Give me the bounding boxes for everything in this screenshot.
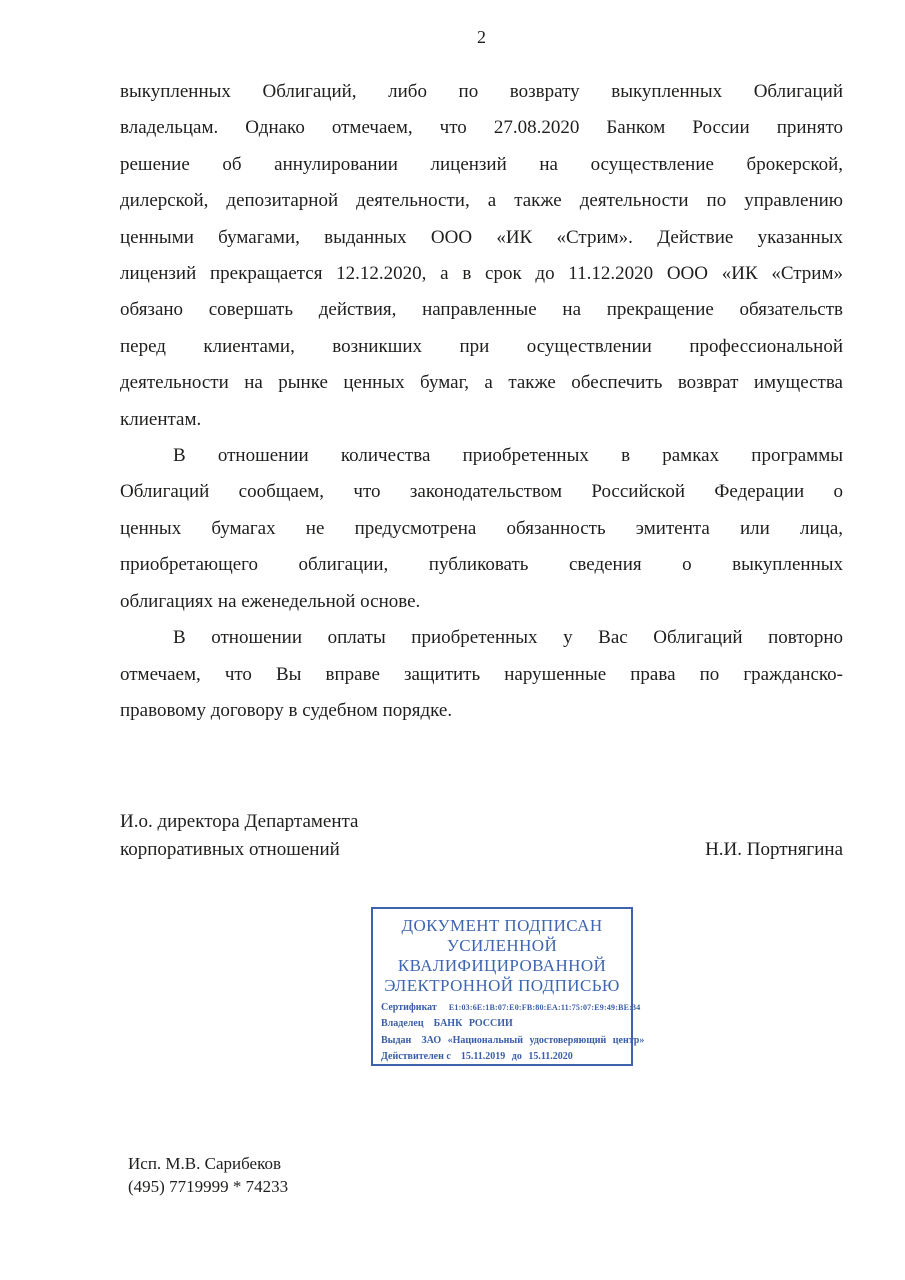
stamp-field-row: ВыданЗАО «Национальный удостоверяющий це… — [381, 1033, 631, 1049]
letter-body: выкупленных Облигаций, либо по возврату … — [120, 74, 843, 729]
text-line: ценными бумагами, выданных ООО «ИК «Стри… — [120, 220, 843, 256]
text-line: ценных бумагах не предусмотрена обязанно… — [120, 511, 843, 547]
stamp-field-value: 15.11.2019 до 15.11.2020 — [461, 1051, 573, 1062]
text-line: обязано совершать действия, направленные… — [120, 292, 843, 328]
stamp-field-row: ВладелецБАНК РОССИИ — [381, 1016, 631, 1032]
stamp-title-line: КВАЛИФИЦИРОВАННОЙ — [373, 956, 631, 976]
text-line: лицензий прекращается 12.12.2020, а в ср… — [120, 256, 843, 292]
text-line: деятельности на рынке ценных бумаг, а та… — [120, 365, 843, 401]
page-number: 2 — [120, 28, 843, 46]
stamp-field-label: Владелец — [381, 1018, 424, 1029]
text-line: приобретающего облигации, публиковать св… — [120, 547, 843, 583]
stamp-field-row: СертификатE1:03:6E:1B:07:E0:FB:80:EA:11:… — [381, 1000, 631, 1016]
digital-signature-stamp: ДОКУМЕНТ ПОДПИСАНУСИЛЕННОЙКВАЛИФИЦИРОВАН… — [371, 907, 633, 1066]
signer-name: Н.И. Портнягина — [705, 836, 843, 864]
signature-block: И.о. директора Департамента корпоративны… — [120, 808, 843, 864]
signature-row: корпоративных отношений Н.И. Портнягина — [120, 836, 843, 864]
stamp-field-value: БАНК РОССИИ — [434, 1018, 513, 1029]
document-page: 2 выкупленных Облигаций, либо по возврат… — [0, 0, 905, 1280]
stamp-field-value: E1:03:6E:1B:07:E0:FB:80:EA:11:75:07:E9:4… — [449, 1003, 641, 1012]
stamp-fields: СертификатE1:03:6E:1B:07:E0:FB:80:EA:11:… — [373, 1000, 631, 1066]
stamp-field-label: Выдан — [381, 1035, 411, 1046]
stamp-title-line: ДОКУМЕНТ ПОДПИСАН — [373, 916, 631, 936]
text-line: выкупленных Облигаций, либо по возврату … — [120, 74, 843, 110]
executor-block: Исп. М.В. Сарибеков (495) 7719999 * 7423… — [128, 1152, 288, 1198]
stamp-field-value: ЗАО «Национальный удостоверяющий центр» — [421, 1035, 644, 1046]
stamp-title: ДОКУМЕНТ ПОДПИСАНУСИЛЕННОЙКВАЛИФИЦИРОВАН… — [373, 909, 631, 996]
stamp-field-row: Действителен с15.11.2019 до 15.11.2020 — [381, 1049, 631, 1065]
stamp-field-label: Действителен с — [381, 1051, 451, 1062]
text-line: облигациях на еженедельной основе. — [120, 584, 843, 620]
stamp-title-line: ЭЛЕКТРОННОЙ ПОДПИСЬЮ — [373, 976, 631, 996]
text-line: клиентам. — [120, 402, 843, 438]
text-line: отмечаем, что Вы вправе защитить нарушен… — [120, 657, 843, 693]
stamp-field-label: Сертификат — [381, 1002, 437, 1013]
executor-phone: (495) 7719999 * 74233 — [128, 1175, 288, 1198]
text-line: В отношении оплаты приобретенных у Вас О… — [120, 620, 843, 656]
text-line: решение об аннулировании лицензий на осу… — [120, 147, 843, 183]
signer-title-line2: корпоративных отношений — [120, 836, 340, 864]
text-line: владельцам. Однако отмечаем, что 27.08.2… — [120, 110, 843, 146]
text-line: дилерской, депозитарной деятельности, а … — [120, 183, 843, 219]
text-line: правовому договору в судебном порядке. — [120, 693, 843, 729]
text-line: перед клиентами, возникших при осуществл… — [120, 329, 843, 365]
text-line: В отношении количества приобретенных в р… — [120, 438, 843, 474]
stamp-title-line: УСИЛЕННОЙ — [373, 936, 631, 956]
signer-title-line1: И.о. директора Департамента — [120, 808, 843, 836]
text-line: Облигаций сообщаем, что законодательство… — [120, 474, 843, 510]
executor-name: Исп. М.В. Сарибеков — [128, 1152, 288, 1175]
